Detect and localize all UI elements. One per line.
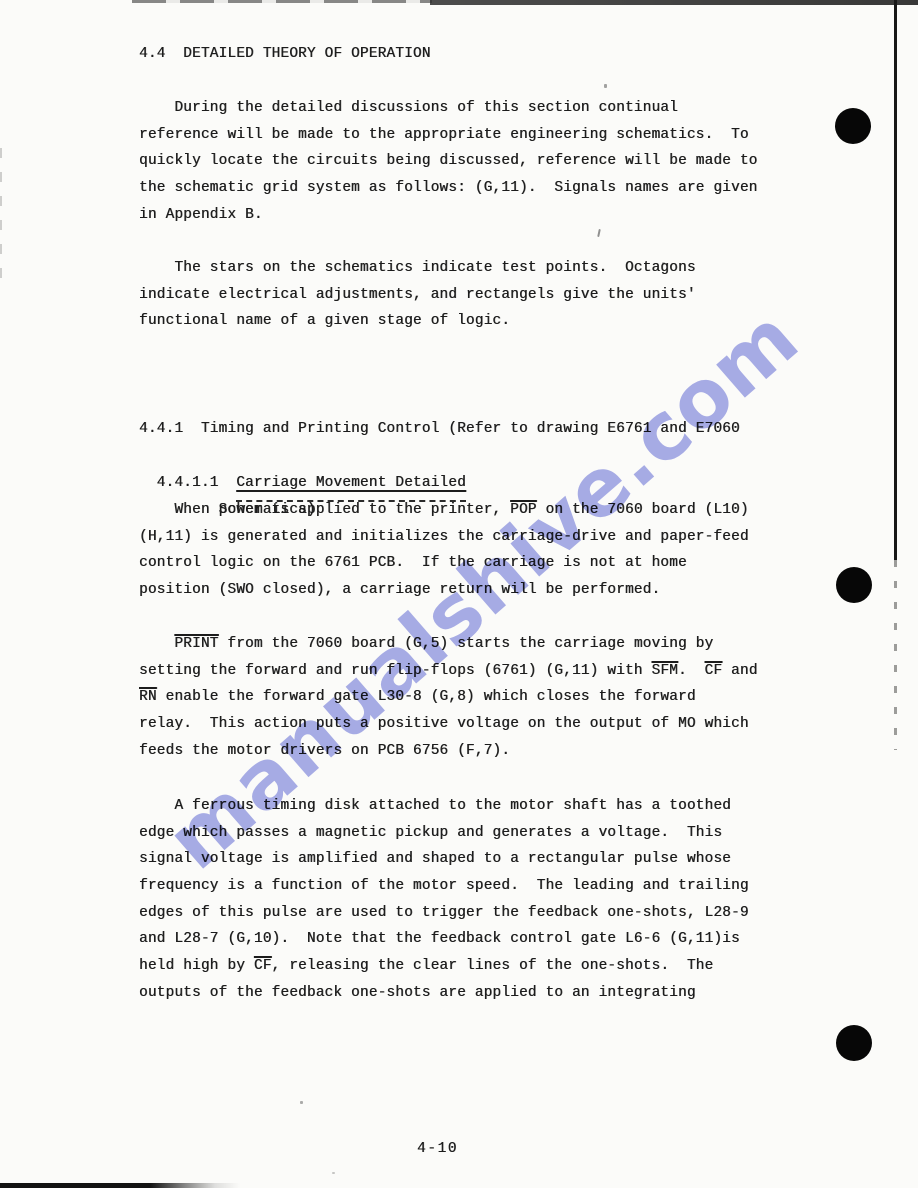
text-segment: frequency is a function of the motor spe… — [139, 878, 749, 894]
scan-speck — [332, 1172, 335, 1174]
scan-artifact-left-edge — [0, 148, 2, 278]
text-line: and L28-7 (G,10). Note that the feedback… — [139, 926, 749, 953]
text-line: PRINT from the 7060 board (G,5) starts t… — [139, 631, 758, 658]
text-segment: and L28-7 (G,10). Note that the feedback… — [139, 931, 740, 947]
paragraph-intro: During the detailed discussions of this … — [139, 95, 758, 228]
text-segment: quickly locate the circuits being discus… — [139, 153, 758, 169]
text-line: edge which passes a magnetic pickup and … — [139, 820, 749, 847]
text-line: The stars on the schematics indicate tes… — [139, 255, 696, 282]
text-segment: edge which passes a magnetic pickup and … — [139, 825, 722, 841]
text-line: outputs of the feedback one-shots are ap… — [139, 980, 749, 1007]
text-line: A ferrous timing disk attached to the mo… — [139, 793, 749, 820]
hole-punch-dot — [836, 1025, 872, 1061]
text-line: feeds the motor drivers on PCB 6756 (F,7… — [139, 738, 758, 765]
text-segment: position (SWO closed), a carriage return… — [139, 582, 660, 598]
text-segment: outputs of the feedback one-shots are ap… — [139, 985, 696, 1001]
text-segment: the schematic grid system as follows: (G… — [139, 180, 758, 196]
scan-artifact-right-edge-dashes — [894, 560, 897, 750]
text-segment — [139, 636, 174, 652]
text-segment: The stars on the schematics indicate tes… — [139, 260, 696, 276]
text-line: reference will be made to the appropriat… — [139, 122, 758, 149]
text-segment: . — [678, 663, 705, 679]
text-line: During the detailed discussions of this … — [139, 95, 758, 122]
scan-artifact-right-edge — [894, 0, 897, 560]
text-line: When power is applied to the printer, PO… — [139, 497, 749, 524]
paragraph-power-on: When power is applied to the printer, PO… — [139, 497, 749, 604]
scan-speck — [604, 84, 607, 88]
scanned-manual-page: { "colors": { "paper": "#fbfbf9", "ink":… — [0, 0, 918, 1188]
subsection-4-4-1-1-number: 4.4.1.1 — [157, 475, 237, 491]
scan-speck — [597, 229, 601, 237]
paragraph-symbols: The stars on the schematics indicate tes… — [139, 255, 696, 335]
text-line: the schematic grid system as follows: (G… — [139, 175, 758, 202]
text-line: held high by CF, releasing the clear lin… — [139, 953, 749, 980]
section-heading-4-4: 4.4 DETAILED THEORY OF OPERATION — [139, 41, 431, 68]
subsection-4-4-1-line1: 4.4.1 Timing and Printing Control (Refer… — [139, 416, 740, 443]
signal-name-overlined: PRINT — [174, 636, 218, 652]
signal-name-overlined: SFM — [651, 663, 678, 679]
text-segment: (H,11) is generated and initializes the … — [139, 529, 749, 545]
text-segment: held high by — [139, 958, 254, 974]
text-line: indicate electrical adjustments, and rec… — [139, 282, 696, 309]
text-segment: A ferrous timing disk attached to the mo… — [139, 798, 731, 814]
page-number: 4-10 — [417, 1136, 458, 1163]
text-line: setting the forward and run flip-flops (… — [139, 658, 758, 685]
text-line: functional name of a given stage of logi… — [139, 308, 696, 335]
scan-artifact-top-edge-left — [132, 0, 432, 3]
text-segment: and — [722, 663, 757, 679]
scan-speck — [300, 1101, 303, 1104]
text-segment: reference will be made to the appropriat… — [139, 127, 749, 143]
signal-name-overlined: CF — [705, 663, 723, 679]
signal-name-overlined: RN — [139, 689, 157, 705]
text-line: control logic on the 6761 PCB. If the ca… — [139, 550, 749, 577]
paragraph-print-signal: PRINT from the 7060 board (G,5) starts t… — [139, 631, 758, 764]
text-line: position (SWO closed), a carriage return… — [139, 577, 749, 604]
text-segment: on the 7060 board (L10) — [537, 502, 749, 518]
text-line: edges of this pulse are used to trigger … — [139, 900, 749, 927]
hole-punch-dot — [835, 108, 871, 144]
text-segment: edges of this pulse are used to trigger … — [139, 905, 749, 921]
paragraph-timing-disk: A ferrous timing disk attached to the mo… — [139, 793, 749, 1007]
hole-punch-dot — [836, 567, 872, 603]
text-segment: control logic on the 6761 PCB. If the ca… — [139, 555, 687, 571]
scan-artifact-top-edge-right — [430, 0, 918, 5]
text-segment: When power is applied to the printer, — [139, 502, 510, 518]
text-segment: in Appendix B. — [139, 207, 263, 223]
text-line: quickly locate the circuits being discus… — [139, 148, 758, 175]
subsection-heading-4-4-1-1: 4.4.1.1 Carriage Movement Detailed — [139, 443, 466, 502]
text-segment: setting the forward and run flip-flops (… — [139, 663, 651, 679]
signal-name-overlined: CF — [254, 958, 272, 974]
text-segment: relay. This action puts a positive volta… — [139, 716, 749, 732]
scan-artifact-bottom-edge — [0, 1183, 240, 1188]
text-line: frequency is a function of the motor spe… — [139, 873, 749, 900]
text-line: (H,11) is generated and initializes the … — [139, 524, 749, 551]
text-segment: During the detailed discussions of this … — [139, 100, 678, 116]
text-segment: indicate electrical adjustments, and rec… — [139, 287, 696, 303]
text-segment: feeds the motor drivers on PCB 6756 (F,7… — [139, 743, 510, 759]
text-line: relay. This action puts a positive volta… — [139, 711, 758, 738]
signal-name-overlined: POP — [510, 502, 537, 518]
text-segment: functional name of a given stage of logi… — [139, 313, 510, 329]
text-segment: , releasing the clear lines of the one-s… — [272, 958, 714, 974]
text-line: RN enable the forward gate L30-8 (G,8) w… — [139, 684, 758, 711]
text-segment: enable the forward gate L30-8 (G,8) whic… — [157, 689, 696, 705]
text-line: in Appendix B. — [139, 202, 758, 229]
text-segment: from the 7060 board (G,5) starts the car… — [219, 636, 714, 652]
text-line: signal voltage is amplified and shaped t… — [139, 846, 749, 873]
text-segment: signal voltage is amplified and shaped t… — [139, 851, 731, 867]
